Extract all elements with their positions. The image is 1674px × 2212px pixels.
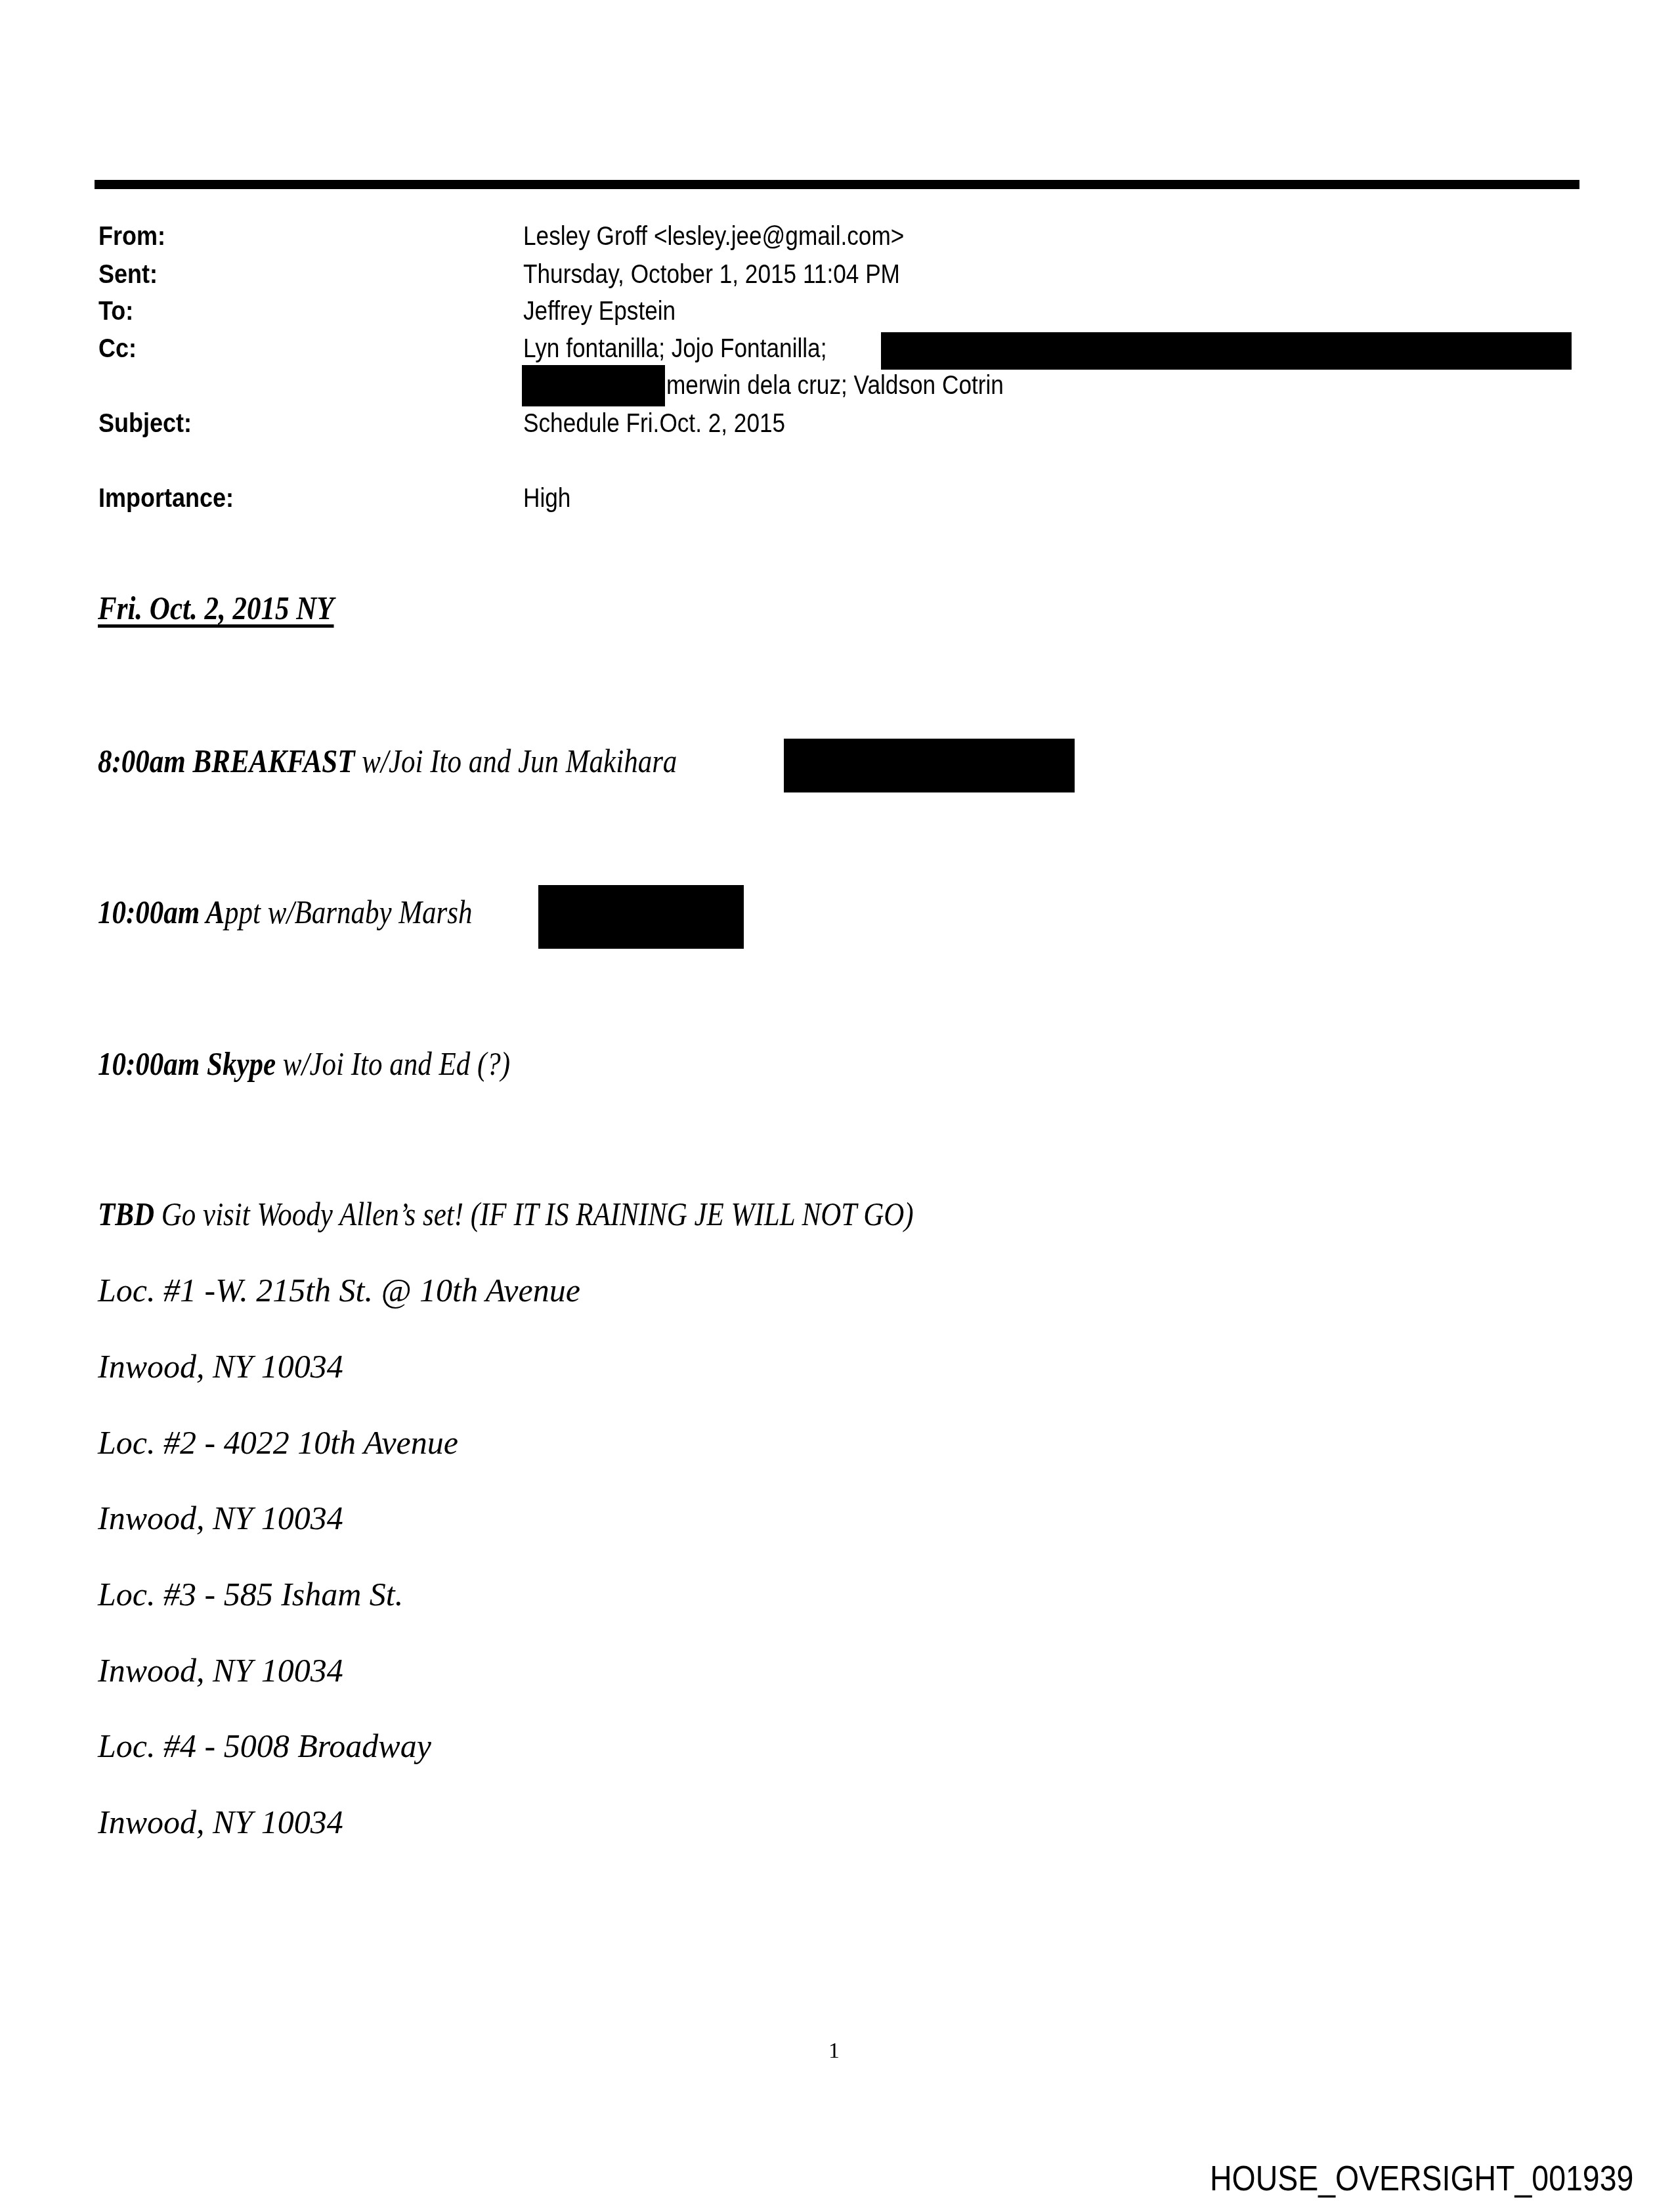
sent-label: Sent: — [98, 259, 158, 290]
redaction-block — [784, 739, 1075, 792]
location-address: Loc. #4 - 5008 Broadway — [98, 1726, 431, 1766]
location-address: Loc. #2 - 4022 10th Avenue — [98, 1423, 458, 1462]
schedule-event: TBD Go visit Woody Allen’s set! (IF IT I… — [98, 1194, 914, 1234]
event-details: Go visit Woody Allen’s set! (IF IT IS RA… — [154, 1196, 914, 1232]
schedule-date-heading: Fri. Oct. 2, 2015 NY — [98, 588, 334, 628]
cc-value-line2: merwin dela cruz; Valdson Cotrin — [666, 370, 1004, 401]
event-details: w/Joi Ito and Jun Makihara — [355, 743, 677, 779]
importance-label: Importance: — [98, 483, 234, 514]
location-city: Inwood, NY 10034 — [98, 1498, 343, 1538]
schedule-event: 10:00am Appt w/Barnaby Marsh — [98, 892, 473, 932]
event-details: ppt w/Barnaby Marsh — [225, 894, 472, 930]
schedule-event: 10:00am Skype w/Joi Ito and Ed (?) — [98, 1044, 510, 1083]
schedule-event: 8:00am BREAKFAST w/Joi Ito and Jun Makih… — [98, 741, 677, 781]
location-address: Loc. #1 -W. 215th St. @ 10th Avenue — [98, 1270, 580, 1310]
header-rule — [95, 180, 1579, 189]
to-label: To: — [98, 295, 133, 327]
from-value: Lesley Groff <lesley.jee@gmail.com> — [523, 221, 904, 252]
sent-value: Thursday, October 1, 2015 11:04 PM — [523, 259, 900, 290]
redaction-block — [522, 365, 665, 406]
location-city: Inwood, NY 10034 — [98, 1802, 343, 1842]
importance-value: High — [523, 483, 570, 514]
redaction-block — [538, 885, 744, 949]
page-number: 1 — [828, 2038, 840, 2064]
event-time-title: 10:00am Skype — [98, 1045, 276, 1082]
to-value: Jeffrey Epstein — [523, 295, 676, 327]
event-details: w/Joi Ito and Ed (?) — [276, 1045, 510, 1082]
event-time-title: TBD — [98, 1196, 154, 1232]
bates-stamp: HOUSE_OVERSIGHT_001939 — [1210, 2159, 1633, 2198]
cc-label: Cc: — [98, 333, 137, 364]
redaction-block — [881, 332, 1572, 370]
document-page: From: Lesley Groff <lesley.jee@gmail.com… — [0, 0, 1674, 2212]
subject-value: Schedule Fri.Oct. 2, 2015 — [523, 408, 785, 439]
location-city: Inwood, NY 10034 — [98, 1347, 343, 1386]
event-time-title: 10:00am A — [98, 894, 225, 930]
cc-value-line1: Lyn fontanilla; Jojo Fontanilla; — [523, 333, 826, 364]
subject-label: Subject: — [98, 408, 192, 439]
location-address: Loc. #3 - 585 Isham St. — [98, 1574, 403, 1614]
location-city: Inwood, NY 10034 — [98, 1651, 343, 1690]
event-time-title: 8:00am BREAKFAST — [98, 743, 355, 779]
from-label: From: — [98, 221, 165, 252]
